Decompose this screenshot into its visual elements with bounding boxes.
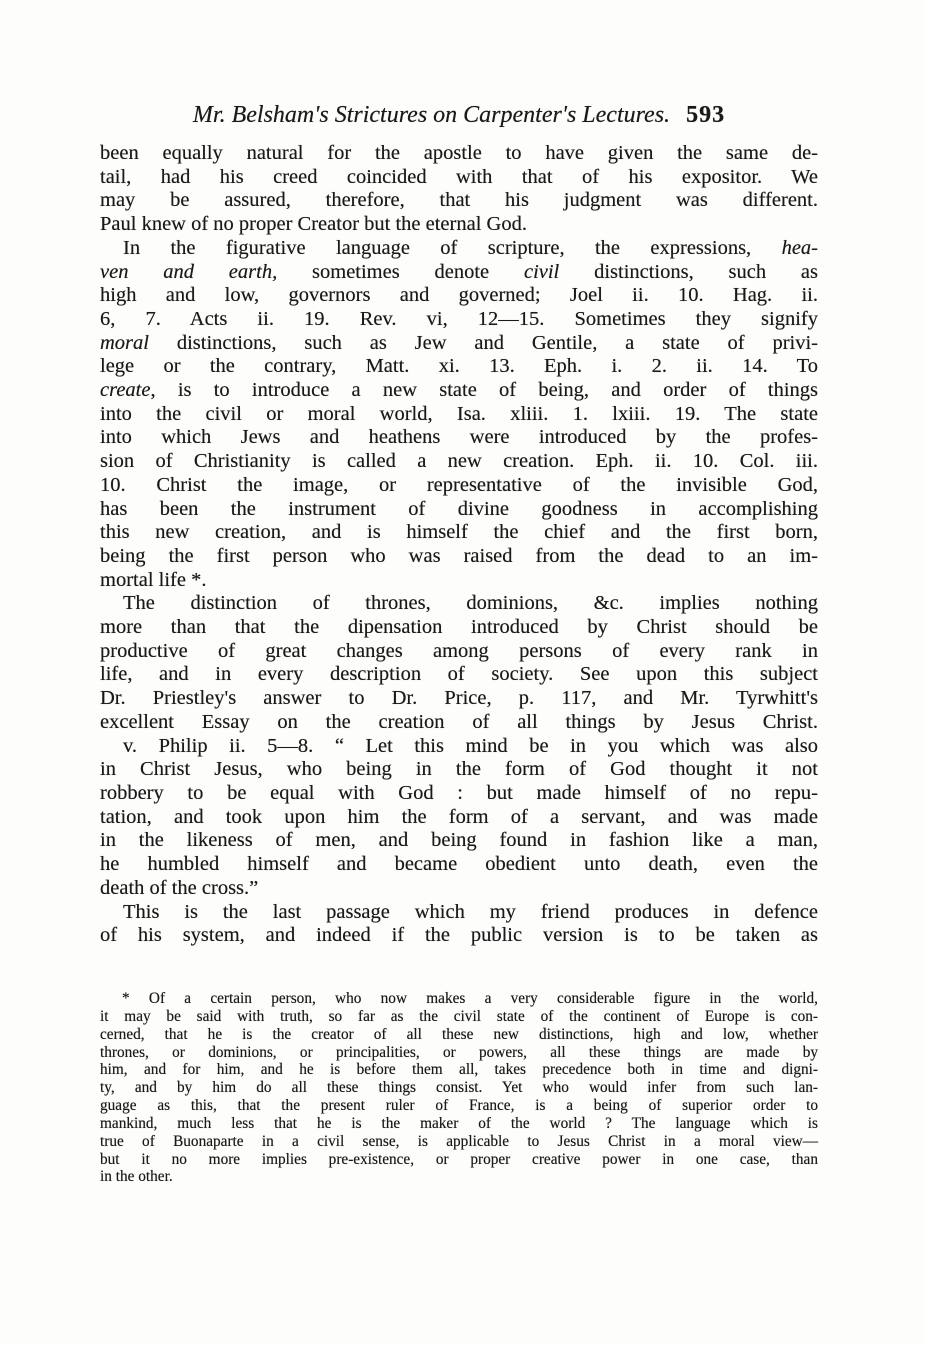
text-line: this new creation, and is himself the ch…: [100, 521, 818, 545]
page-number: 593: [686, 102, 725, 128]
text-line: tail, had his creed coincided with that …: [100, 166, 818, 190]
text-line: 6, 7. Acts ii. 19. Rev. vi, 12—15. Somet…: [100, 308, 818, 332]
text-line: robbery to be equal with God : but made …: [100, 782, 818, 806]
book-page: Mr. Belsham's Strictures on Carpenter's …: [0, 0, 925, 1345]
text-line: mankind, much less that he is the maker …: [100, 1115, 818, 1133]
text-line: 10. Christ the image, or representative …: [100, 474, 818, 498]
text-line: ty, and by him do all these things consi…: [100, 1079, 818, 1097]
text-line: This is the last passage which my friend…: [100, 901, 818, 925]
text-line: create, is to introduce a new state of b…: [100, 379, 818, 403]
text-line: death of the cross.”: [100, 877, 818, 901]
text-line: more than that the dipensation introduce…: [100, 616, 818, 640]
text-line: it may be said with truth, so far as the…: [100, 1008, 818, 1026]
text-line: productive of great changes among person…: [100, 640, 818, 664]
text-line: The distinction of thrones, dominions, &…: [100, 592, 818, 616]
body-text: been equally natural for the apostle to …: [100, 142, 818, 948]
text-line: thrones, or dominions, or principalities…: [100, 1044, 818, 1062]
text-line: guage as this, that the present ruler of…: [100, 1097, 818, 1115]
text-line: being the first person who was raised fr…: [100, 545, 818, 569]
text-line: in the likeness of men, and being found …: [100, 829, 818, 853]
text-line: ven and earth, sometimes denote civil di…: [100, 261, 818, 285]
text-line: been equally natural for the apostle to …: [100, 142, 818, 166]
text-line: in Christ Jesus, who being in the form o…: [100, 758, 818, 782]
text-line: tation, and took upon him the form of a …: [100, 806, 818, 830]
text-line: Dr. Priestley's answer to Dr. Price, p. …: [100, 687, 818, 711]
text-line: * Of a certain person, who now makes a v…: [100, 990, 818, 1008]
text-line: he humbled himself and became obedient u…: [100, 853, 818, 877]
text-line: sion of Christianity is called a new cre…: [100, 450, 818, 474]
text-line: him, and for him, and he is before them …: [100, 1061, 818, 1079]
text-line: mortal life *.: [100, 569, 818, 593]
text-line: Paul knew of no proper Creator but the e…: [100, 213, 818, 237]
text-line: In the figurative language of scripture,…: [100, 237, 818, 261]
footnote: * Of a certain person, who now makes a v…: [100, 990, 818, 1186]
running-header-title: Mr. Belsham's Strictures on Carpenter's …: [193, 102, 670, 128]
text-line: moral distinctions, such as Jew and Gent…: [100, 332, 818, 356]
text-line: excellent Essay on the creation of all t…: [100, 711, 818, 735]
text-line: in the other.: [100, 1168, 818, 1186]
text-line: cerned, that he is the creator of all th…: [100, 1026, 818, 1044]
text-line: but it no more implies pre-existence, or…: [100, 1151, 818, 1169]
text-line: true of Buonaparte in a civil sense, is …: [100, 1133, 818, 1151]
text-line: v. Philip ii. 5—8. “ Let this mind be in…: [100, 735, 818, 759]
text-line: high and low, governors and governed; Jo…: [100, 284, 818, 308]
text-line: into which Jews and heathens were introd…: [100, 426, 818, 450]
running-header: Mr. Belsham's Strictures on Carpenter's …: [100, 102, 818, 129]
text-line: has been the instrument of divine goodne…: [100, 498, 818, 522]
text-line: life, and in every description of societ…: [100, 663, 818, 687]
text-line: of his system, and indeed if the public …: [100, 924, 818, 948]
text-line: lege or the contrary, Matt. xi. 13. Eph.…: [100, 355, 818, 379]
text-line: may be assured, therefore, that his judg…: [100, 189, 818, 213]
text-line: into the civil or moral world, Isa. xlii…: [100, 403, 818, 427]
